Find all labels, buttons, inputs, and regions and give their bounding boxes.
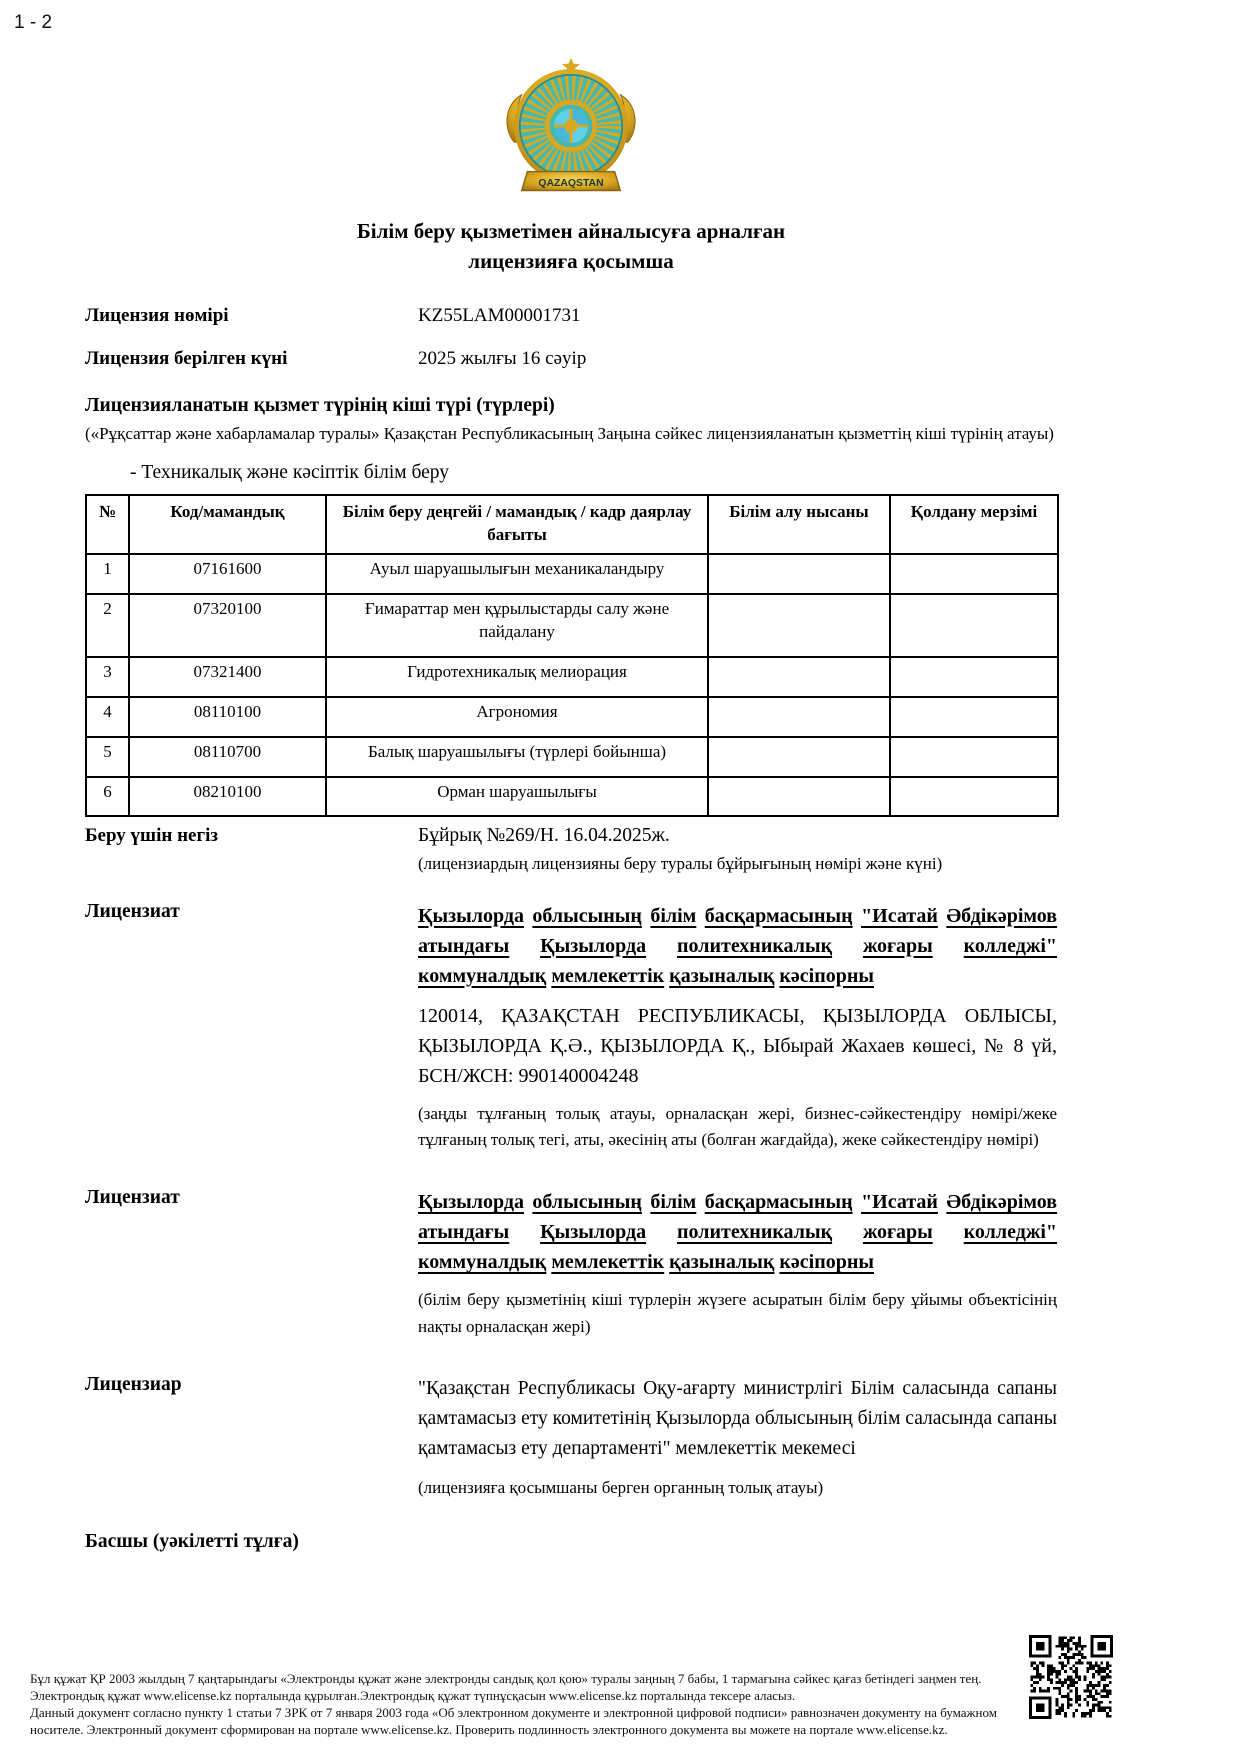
footer-line: Электрондық құжат www.elicense.kz портал… [30, 1688, 1020, 1705]
basis-value: Бұйрық №269/Н. 16.04.2025ж. [418, 825, 670, 847]
licensee-section-1: Лицензиат Қызылорда облысының білім басқ… [85, 901, 1057, 1154]
qr-code [1029, 1635, 1113, 1719]
license-date-value: 2025 жылғы 16 сәуір [418, 348, 586, 370]
head-official-label: Басшы (уәкілетті тұлға) [85, 1531, 1057, 1553]
specialty-name-cell: Гидротехникалық мелиорация [326, 657, 708, 697]
specialty-name-cell: Ғимараттар мен құрылыстарды салу және па… [326, 594, 708, 657]
basis-label: Беру үшін негіз [85, 825, 418, 847]
specialties-column-header: № [86, 495, 129, 554]
footer-legal-text: Бұл құжат ҚР 2003 жылдың 7 қаңтарындағы … [30, 1671, 1020, 1739]
page-number: 1 - 2 [14, 12, 52, 34]
table-row: 608210100Орман шаруашылығы [86, 777, 1058, 817]
document-content: QAZAQSTAN Білім беру қызметімен айналысу… [85, 0, 1057, 1553]
kazakhstan-coat-of-arms-icon: QAZAQSTAN [495, 52, 647, 200]
specialty-name-cell: Ауыл шаруашылығын механикаландыру [326, 554, 708, 594]
licensee1-label: Лицензиат [85, 901, 418, 1154]
specialties-column-header: Білім беру деңгейі / мамандық / кадр дая… [326, 495, 708, 554]
licensee2-label: Лицензиат [85, 1187, 418, 1340]
specialty-name-cell: Балық шаруашылығы (түрлері бойынша) [326, 737, 708, 777]
specialty-name-cell: Орман шаруашылығы [326, 777, 708, 817]
table-row: 107161600Ауыл шаруашылығын механикаланды… [86, 554, 1058, 594]
study-form-cell [708, 697, 890, 737]
license-number-label: Лицензия нөмірі [85, 305, 418, 327]
code-cell: 07161600 [129, 554, 326, 594]
license-date-row: Лицензия берілген күні 2025 жылғы 16 сәу… [85, 348, 1057, 370]
emblem-banner-text: QAZAQSTAN [538, 178, 603, 189]
row-number-cell: 4 [86, 697, 129, 737]
code-cell: 07321400 [129, 657, 326, 697]
license-annex-document: 1 - 2 [0, 0, 1241, 1754]
license-number-row: Лицензия нөмірі KZ55LAM00001731 [85, 305, 1057, 327]
specialties-column-header: Білім алу нысаны [708, 495, 890, 554]
validity-term-cell [890, 554, 1058, 594]
footer-line: носителе. Электронный документ сформиров… [30, 1722, 1020, 1739]
licensee1-address: 120014, ҚАЗАҚСТАН РЕСПУБЛИКАСЫ, ҚЫЗЫЛОРД… [418, 1001, 1057, 1091]
validity-term-cell [890, 697, 1058, 737]
license-number-value: KZ55LAM00001731 [418, 305, 581, 327]
specialties-column-header: Қолдану мерзімі [890, 495, 1058, 554]
licensor-label: Лицензиар [85, 1374, 418, 1501]
validity-term-cell [890, 657, 1058, 697]
validity-term-cell [890, 777, 1058, 817]
row-number-cell: 2 [86, 594, 129, 657]
table-row: 408110100Агрономия [86, 697, 1058, 737]
specialties-table-head-row: №Код/мамандықБілім беру деңгейі / маманд… [86, 495, 1058, 554]
study-form-cell [708, 737, 890, 777]
licensee2-name: Қызылорда облысының білім басқармасының … [418, 1187, 1057, 1277]
row-number-cell: 5 [86, 737, 129, 777]
licensee-section-2: Лицензиат Қызылорда облысының білім басқ… [85, 1187, 1057, 1340]
row-number-cell: 6 [86, 777, 129, 817]
row-number-cell: 1 [86, 554, 129, 594]
licensor-section: Лицензиар "Қазақстан Республикасы Оқу-ағ… [85, 1374, 1057, 1501]
specialties-column-header: Код/мамандық [129, 495, 326, 554]
document-title-line2: лицензияға қосымша [85, 246, 1057, 276]
specialty-name-cell: Агрономия [326, 697, 708, 737]
licensee1-note: (заңды тұлғаның толық атауы, орналасқан … [418, 1101, 1057, 1154]
license-date-label: Лицензия берілген күні [85, 348, 418, 370]
subtype-heading: Лицензияланатын қызмет түрінің кіші түрі… [85, 395, 1057, 417]
code-cell: 08110700 [129, 737, 326, 777]
validity-term-cell [890, 594, 1058, 657]
validity-term-cell [890, 737, 1058, 777]
footer-line: Бұл құжат ҚР 2003 жылдың 7 қаңтарындағы … [30, 1671, 1020, 1688]
table-row: 207320100Ғимараттар мен құрылыстарды сал… [86, 594, 1058, 657]
footer-line: Данный документ согласно пункту 1 статьи… [30, 1705, 1020, 1722]
study-form-cell [708, 657, 890, 697]
code-cell: 08110100 [129, 697, 326, 737]
table-row: 307321400Гидротехникалық мелиорация [86, 657, 1058, 697]
study-form-cell [708, 777, 890, 817]
subtype-note: («Рұқсаттар және хабарламалар туралы» Қа… [85, 422, 1057, 446]
subtype-list-item: - Техникалық және кәсіптік білім беру [85, 462, 1057, 484]
licensor-value: "Қазақстан Республикасы Оқу-ағарту минис… [418, 1374, 1057, 1465]
licensee1-name: Қызылорда облысының білім басқармасының … [418, 901, 1057, 991]
licensee2-note: (білім беру қызметінің кіші түрлерін жүз… [418, 1287, 1057, 1340]
study-form-cell [708, 594, 890, 657]
basis-row: Беру үшін негіз Бұйрық №269/Н. 16.04.202… [85, 825, 1057, 847]
table-row: 508110700Балық шаруашылығы (түрлері бойы… [86, 737, 1058, 777]
licensor-note: (лицензияға қосымшаны берген органның то… [418, 1475, 1057, 1501]
basis-note: (лицензиардың лицензияны беру туралы бұй… [418, 852, 1057, 876]
code-cell: 08210100 [129, 777, 326, 817]
document-title: Білім беру қызметімен айналысуға арналға… [85, 216, 1057, 277]
code-cell: 07320100 [129, 594, 326, 657]
row-number-cell: 3 [86, 657, 129, 697]
study-form-cell [708, 554, 890, 594]
document-title-line1: Білім беру қызметімен айналысуға арналға… [85, 216, 1057, 246]
specialties-table: №Код/мамандықБілім беру деңгейі / маманд… [85, 494, 1059, 817]
